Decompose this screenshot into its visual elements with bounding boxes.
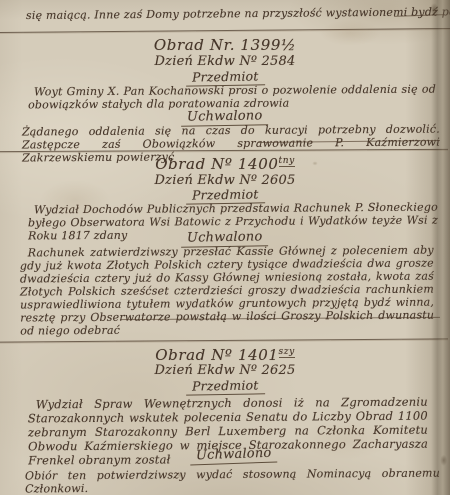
przedmiot-label-text: Przedmiot [186,377,265,395]
entry-obrad-number: Obrad Nr. 1399½ [0,36,450,54]
manuscript-page: się maiącą. Inne zaś Domy potrzebne na p… [0,0,450,495]
obrad-number-text: Obrad Nº 1401 [155,346,278,364]
entry-dziennik-number: Dzień Ekdw Nº 2605 [0,173,450,188]
obrad-number-text: Obrad Nr. 1399½ [154,36,296,54]
obrad-number-text: Obrad Nº 1400 [155,155,278,173]
entry-dziennik-number: Dzień Ekdw Nº 2625 [0,363,450,378]
przedmiot-text: Woyt Gminy X. Pan Kochanowski prosi o po… [28,83,436,112]
entry-obrad-number: Obrad Nº 1401szy [0,346,450,364]
uchwalono-label: Uchwalono [190,446,278,465]
top-text-line: się maiącą. Inne zaś Domy potrzebne na p… [26,5,450,22]
section-divider [0,338,448,342]
entry-obrad-number: Obrad Nº 1400tny [0,155,450,173]
uchwala-text: Obiór ten potwierdziwszy wydać stosowną … [25,467,440,495]
obrad-number-suffix: tny [279,156,295,167]
uchwala-text: Rachunek zatwierdziwszy przesłać Kassie … [20,244,435,338]
uchwalono-label-text: Uchwalono [190,445,278,465]
entry-dziennik-number: Dzień Ekdw Nº 2584 [0,54,450,69]
section-divider [0,28,450,33]
obrad-number-suffix: szy [279,347,295,358]
przedmiot-label: Przedmiot [0,378,450,395]
